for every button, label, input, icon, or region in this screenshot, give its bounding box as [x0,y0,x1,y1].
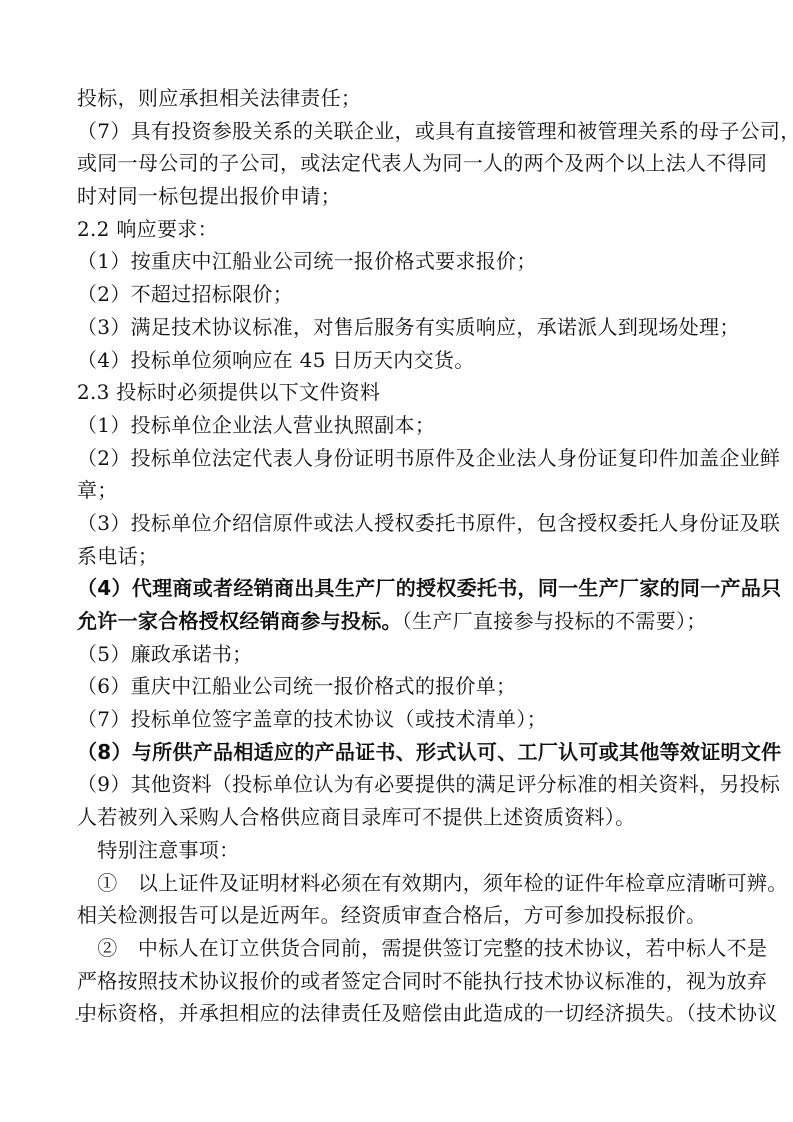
text-line: 章； [77,474,722,507]
text-suffix: （生产厂直接参与投标的不需要）； [402,609,707,633]
text-line: （7）具有投资参股关系的关联企业，或具有直接管理和被管理关系的母子公司， [77,115,722,148]
bold-text: 允许一家合格授权经销商参与投标。 [77,609,402,633]
list-item: （1）投标单位企业法人营业执照副本； [77,409,722,442]
text-line: 时对同一标包提出报价申请； [77,180,722,213]
list-item: （4）投标单位须响应在 45 日历天内交货。 [77,344,722,377]
list-item: （3）满足技术协议标准，对售后服务有实质响应，承诺派人到现场处理； [77,311,722,344]
text-line: 中标资格，并承担相应的法律责任及赔偿由此造成的一切经济损失。（技术协议 [77,997,722,1030]
list-item: （2）不超过招标限价； [77,278,722,311]
text-line: 严格按照技术协议报价的或者签定合同时不能执行技术协议标准的，视为放弃 [77,965,722,998]
list-item: （7）投标单位签字盖章的技术协议（或技术清单）； [77,703,722,736]
list-item: （9）其他资料（投标单位认为有必要提供的满足评分标准的相关资料，另投标 [77,768,722,801]
list-item: （1）按重庆中江船业公司统一报价格式要求报价； [77,245,722,278]
note-item: ① 以上证件及证明材料必须在有效期内，须年检的证件年检章应清晰可辨。 [77,867,722,900]
list-item-bold: （8）与所供产品相适应的产品证书、形式认可、工厂认可或其他等效证明文件 [77,736,722,769]
text-line: 系电话； [77,540,722,573]
document-body: 投标，则应承担相关法律责任； （7）具有投资参股关系的关联企业，或具有直接管理和… [77,82,722,1030]
list-item: （5）廉政承诺书； [77,638,722,671]
text-line-mixed: 允许一家合格授权经销商参与投标。（生产厂直接参与投标的不需要）； [77,605,722,638]
section-heading-2-3: 2.3 投标时必须提供以下文件资料 [77,376,722,409]
document-page: 投标，则应承担相关法律责任； （7）具有投资参股关系的关联企业，或具有直接管理和… [0,0,793,1122]
page-number: - 2 - [75,1011,95,1026]
notes-heading: 特别注意事项： [77,834,722,867]
text-line: 投标，则应承担相关法律责任； [77,82,722,115]
list-item: （2）投标单位法定代表人身份证明书原件及企业法人身份证复印件加盖企业鲜 [77,442,722,475]
section-heading-2-2: 2.2 响应要求： [77,213,722,246]
list-item: （6）重庆中江船业公司统一报价格式的报价单； [77,670,722,703]
text-line: 或同一母公司的子公司，或法定代表人为同一人的两个及两个以上法人不得同 [77,147,722,180]
note-item: ② 中标人在订立供货合同前，需提供签订完整的技术协议，若中标人不是 [77,932,722,965]
text-line: 人若被列入采购人合格供应商目录库可不提供上述资质资料）。 [77,801,722,834]
list-item-bold: （4）代理商或者经销商出具生产厂的授权委托书，同一生产厂家的同一产品只 [77,572,722,605]
text-line: 相关检测报告可以是近两年。经资质审查合格后，方可参加投标报价。 [77,899,722,932]
list-item: （3）投标单位介绍信原件或法人授权委托书原件，包含授权委托人身份证及联 [77,507,722,540]
